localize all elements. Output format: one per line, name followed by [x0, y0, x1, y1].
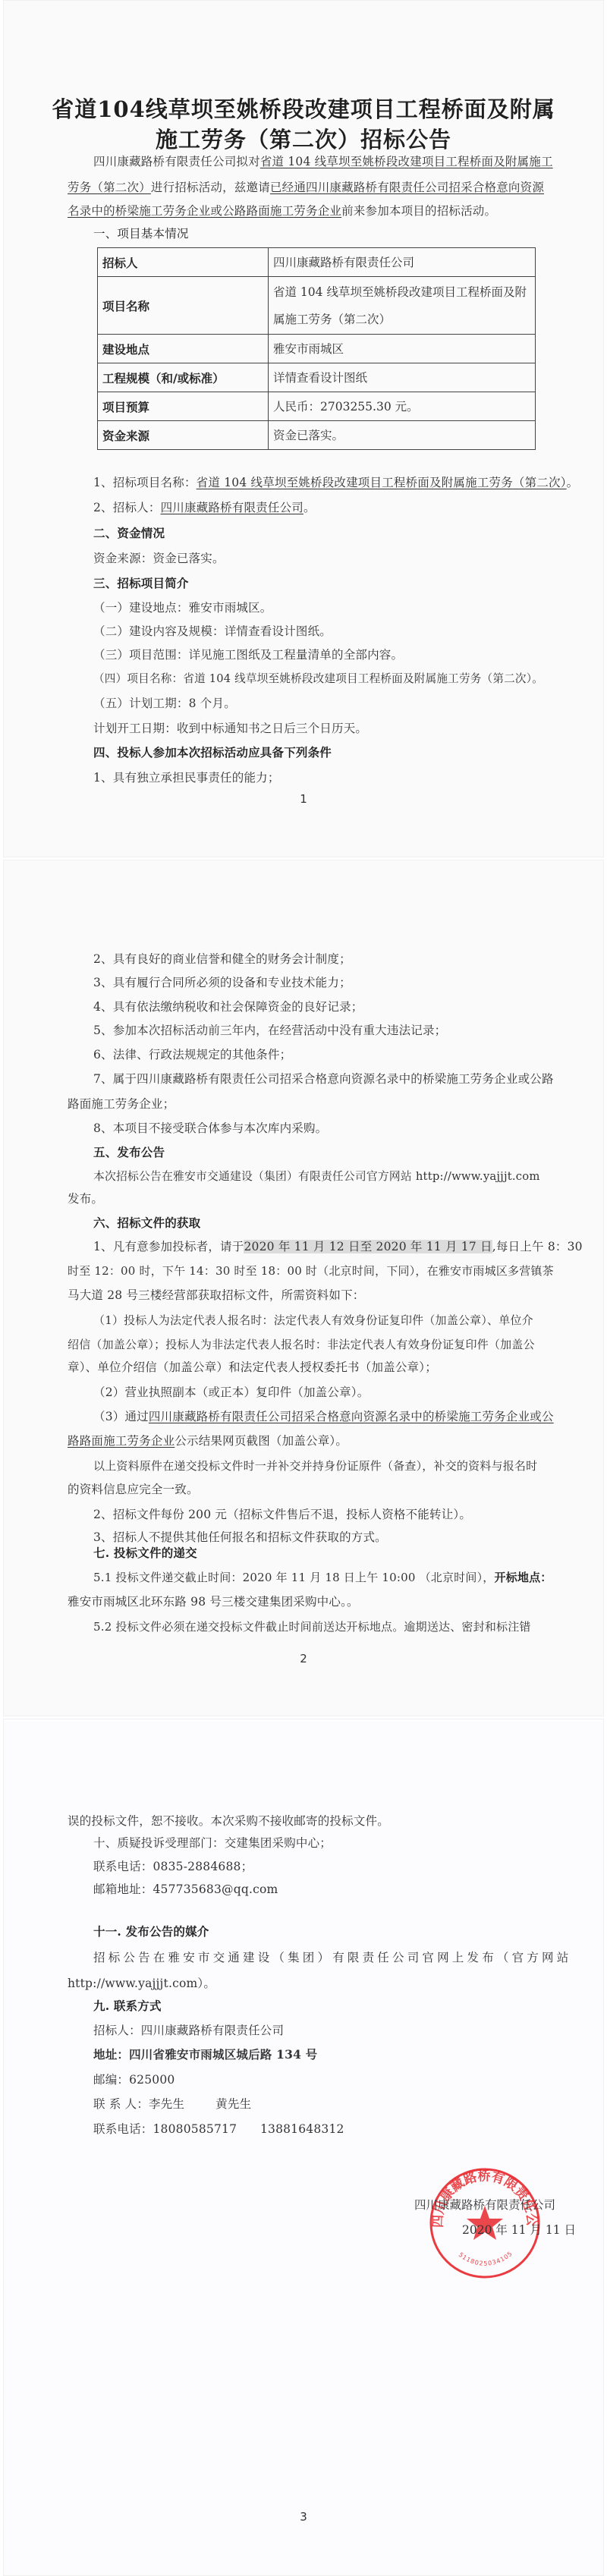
- requirement-3-line-1: （3）通过四川康藏路桥有限责任公司招采合格意向资源名录中的桥梁施工劳务企业或公: [93, 1409, 554, 1424]
- item-label: 1、招标项目名称：: [93, 476, 197, 489]
- punct: 。: [567, 476, 579, 489]
- document-title-line-2: 施工劳务（第二次）招标公告: [0, 123, 607, 154]
- requirement-1-line-3: 章）、单位介绍信（加盖公章）和法定代表人授权委托书（加盖公章）；: [68, 1360, 437, 1375]
- opening-location-label: 开标地点：: [494, 1571, 552, 1584]
- obtain-line-1: 1、凡有意参加投标者，请于2020 年 11 月 12 日至 2020 年 11…: [93, 1239, 583, 1254]
- table-row: 建设地点 雅安市雨城区: [98, 335, 536, 363]
- submit-5-2-line-1: 5.2 投标文件必须在递交投标文件截止时间前送达开标地点。逾期送达、密封和标注错: [93, 1619, 531, 1634]
- table-row: 工程规模（和/或标准） 详情查看设计图纸: [98, 363, 536, 392]
- originals-line-1: 以上资料原件在递交投标文件时一并补交并持身份证原件（备查），补交的资料与报名时: [93, 1458, 537, 1474]
- complaint-phone: 联系电话：0835-2884688；: [93, 1859, 253, 1874]
- section-9-heading: 九. 联系方式: [93, 1999, 162, 2014]
- section-6-heading: 六、招标文件的获取: [93, 1216, 200, 1231]
- project-info-table: 招标人 四川康藏路桥有限责任公司 项目名称 省道 104 线草坝至姚桥段改建项目…: [97, 247, 536, 450]
- intro-item-5: （五）计划工期：8 个月。: [93, 696, 236, 711]
- contact-address: 地址：四川省雅安市雨城区城后路 134 号: [93, 2047, 317, 2062]
- obtain-text: 1、凡有意参加投标者，请于: [93, 1240, 244, 1253]
- table-key: 工程规模（和/或标准）: [98, 363, 269, 392]
- table-row: 项目预算 人民币：2703255.30 元。: [98, 392, 536, 421]
- requirement-1-line-2: 绍信（加盖公章）；投标人为非法定代表人报名时：非法定代表人有效身份证复印件（加盖…: [68, 1337, 535, 1352]
- signature-date: 2020 年 11 月 11 日: [462, 2221, 576, 2238]
- publish-line-2: 发布。: [68, 1191, 103, 1206]
- requirement-2: （2）营业执照副本（或正本）复印件（加盖公章）。: [93, 1385, 369, 1400]
- table-key: 项目名称: [98, 277, 269, 335]
- item-2: 2、招标人：四川康藏路桥有限责任公司。: [93, 500, 316, 515]
- condition-8: 8、本项目不接受联合体参与本次库内采购。: [93, 1121, 327, 1136]
- submit-5-1: 5.1 投标文件递交截止时间：2020 年 11 月 18 日上午 10:00 …: [93, 1570, 552, 1585]
- media-line-1: 招标公告在雅安市交通建设（集团）有限责任公司官网上发布（官方网站: [93, 1950, 571, 1965]
- intro-text: 前来参加本项目的招标活动。: [341, 204, 496, 218]
- obtain-line-3: 马大道 28 号三楼经营部获取招标文件，所需资料如下：: [68, 1288, 364, 1303]
- obtain-text: ,每日上午 8：30: [492, 1240, 583, 1253]
- media-line-2: http://www.yajjjt.com）。: [68, 1976, 215, 1991]
- page-number-2: 2: [0, 1652, 607, 1665]
- table-key: 资金来源: [98, 421, 269, 450]
- seal-number: 5118025034105: [458, 2250, 514, 2267]
- intro-line-1: 四川康藏路桥有限责任公司拟对省道 104 线草坝至姚桥段改建项目工程桥面及附属施…: [93, 154, 553, 169]
- obtain-dates-highlight: 2020 年 11 月 12 日至 2020 年 11 月 17 日: [244, 1240, 492, 1253]
- intro-text: 四川康藏路桥有限责任公司拟对: [93, 155, 260, 168]
- condition-1: 1、具有独立承担民事责任的能力；: [93, 770, 280, 785]
- table-key: 项目预算: [98, 392, 269, 421]
- contact-tenderer: 招标人：四川康藏路桥有限责任公司: [93, 2023, 284, 2038]
- page-number-3: 3: [0, 2510, 607, 2524]
- contact-persons: 联 系 人：李先生 黄先生: [93, 2096, 251, 2112]
- start-date: 计划开工日期：收到中标通知书之日后三个日历天。: [93, 721, 367, 736]
- section-5-heading: 五、发布公告: [93, 1145, 165, 1160]
- item-project-name: 省道 104 线草坝至姚桥段改建项目工程桥面及附属施工劳务（第二次）: [197, 476, 567, 489]
- table-value: 省道 104 线草坝至姚桥段改建项目工程桥面及附属施工劳务（第二次）: [269, 277, 536, 335]
- signature-company: 四川康藏路桥有限责任公司: [414, 2196, 555, 2213]
- table-key: 建设地点: [98, 335, 269, 363]
- intro-item-4: （四）项目名称：省道 104 线草坝至姚桥段改建项目工程桥面及附属施工劳务（第二…: [93, 672, 543, 687]
- section-7-heading: 七. 投标文件的递交: [93, 1546, 197, 1561]
- section-2-heading: 二、资金情况: [93, 526, 165, 541]
- intro-qualified-list-cont: 名录中的桥梁施工劳务企业或公路路面施工劳务企业: [68, 204, 341, 218]
- req-text: （3）通过: [93, 1410, 149, 1423]
- document-title-line-1: 省道104线草坝至姚桥段改建项目工程桥面及附属: [0, 93, 607, 124]
- contact-phones: 联系电话：18080585717 13881648312: [93, 2122, 344, 2137]
- table-row: 项目名称 省道 104 线草坝至姚桥段改建项目工程桥面及附属施工劳务（第二次）: [98, 277, 536, 335]
- table-row: 招标人 四川康藏路桥有限责任公司: [98, 248, 536, 277]
- condition-7: 7、属于四川康藏路桥有限责任公司招采合格意向资源名录中的桥梁施工劳务企业或公路: [93, 1071, 554, 1087]
- requirement-3-line-2: 路路面施工劳务企业公示结果网页截图（加盖公章）。: [68, 1433, 348, 1448]
- table-value: 人民币：2703255.30 元。: [269, 392, 536, 421]
- intro-line-2: 劳务（第二次）进行招标活动，兹邀请已经通四川康藏路桥有限责任公司招采合格意向资源: [68, 180, 544, 195]
- condition-4: 4、具有依法缴纳税收和社会保障资金的良好记录；: [93, 999, 363, 1014]
- requirement-1-line-1: （1）投标人为法定代表人报名时：法定代表人有效身份证复印件（加盖公章）、单位介: [93, 1313, 533, 1328]
- section-10-heading: 十、质疑投诉受理部门：交建集团采购中心；: [93, 1835, 332, 1851]
- section-11-heading: 十一. 发布公告的媒介: [93, 1924, 209, 1939]
- section-3-heading: 三、招标项目简介: [93, 576, 189, 591]
- intro-item-2: （二）建设内容及规模：详情查看设计图纸。: [93, 624, 332, 639]
- table-key: 招标人: [98, 248, 269, 277]
- condition-5: 5、参加本次招标活动前三年内，在经营活动中没有重大违法记录；: [93, 1023, 446, 1038]
- no-other-method: 3、招标人不提供其他任何报名和招标文件获取的方式。: [93, 1530, 387, 1545]
- item-tenderer: 四川康藏路桥有限责任公司: [161, 501, 303, 514]
- table-value: 资金已落实。: [269, 421, 536, 450]
- condition-3: 3、具有履行合同所必须的设备和专业技术能力；: [93, 975, 351, 990]
- condition-7-cont: 路面施工劳务企业；: [68, 1096, 175, 1112]
- publish-line-1: 本次招标公告在雅安市交通建设（集团）有限责任公司官方网站 http://www.…: [93, 1169, 540, 1184]
- req-qualified-list-cont: 路路面施工劳务企业: [68, 1434, 175, 1448]
- intro-qualified-list: 已经通四川康藏路桥有限责任公司招采合格意向资源: [270, 181, 544, 194]
- originals-line-2: 的资料信息应完全一致。: [68, 1482, 199, 1497]
- intro-project-name-cont: 劳务（第二次）: [68, 181, 151, 194]
- document-fee: 2、招标文件每份 200 元（招标文件售后不退，投标人资格不能转让）。: [93, 1507, 471, 1522]
- table-value: 四川康藏路桥有限责任公司: [269, 248, 536, 277]
- intro-item-3: （三）项目范围：详见施工图纸及工程量清单的全部内容。: [93, 647, 403, 662]
- table-value: 详情查看设计图纸: [269, 363, 536, 392]
- req-text: 公示结果网页截图（加盖公章）。: [175, 1434, 348, 1448]
- condition-6: 6、法律、行政法规规定的其他条件；: [93, 1047, 291, 1062]
- complaint-email: 邮箱地址：457735683@qq.com: [93, 1882, 278, 1897]
- table-row: 资金来源 资金已落实。: [98, 421, 536, 450]
- submit-5-2-line-2: 误的投标文件，恕不接收。本次采购不接收邮寄的投标文件。: [68, 1813, 389, 1829]
- condition-2: 2、具有良好的商业信誉和健全的财务会计制度；: [93, 951, 351, 967]
- intro-text: 进行招标活动，兹邀请: [151, 181, 270, 194]
- intro-line-3: 名录中的桥梁施工劳务企业或公路路面施工劳务企业前来参加本项目的招标活动。: [68, 203, 496, 219]
- req-qualified-list: 四川康藏路桥有限责任公司招采合格意向资源名录中的桥梁施工劳务企业或公: [149, 1410, 554, 1423]
- page-number-1: 1: [0, 792, 607, 806]
- svg-text:5118025034105: 5118025034105: [458, 2250, 514, 2267]
- intro-item-1: （一）建设地点：雅安市雨城区。: [93, 600, 272, 615]
- funding-text: 资金来源：资金已落实。: [93, 551, 225, 566]
- item-label: 2、招标人：: [93, 501, 161, 514]
- section-1-heading: 一、项目基本情况: [93, 226, 189, 241]
- intro-project-name: 省道 104 线草坝至姚桥段改建项目工程桥面及附属施工: [260, 155, 553, 168]
- punct: 。: [303, 501, 316, 514]
- submit-5-1-location: 雅安市雨城区北环东路 98 号三楼交建集团采购中心。。: [68, 1594, 359, 1609]
- section-4-heading: 四、投标人参加本次招标活动应具备下列条件: [93, 745, 332, 760]
- submit-deadline: 5.1 投标文件递交截止时间：2020 年 11 月 18 日上午 10:00 …: [93, 1571, 494, 1584]
- item-1: 1、招标项目名称：省道 104 线草坝至姚桥段改建项目工程桥面及附属施工劳务（第…: [93, 475, 578, 490]
- obtain-line-2: 时至 12：00 时，下午 14：30 时至 18：00 时（北京时间，下同），…: [68, 1263, 554, 1279]
- contact-postcode: 邮编：625000: [93, 2072, 175, 2087]
- table-value: 雅安市雨城区: [269, 335, 536, 363]
